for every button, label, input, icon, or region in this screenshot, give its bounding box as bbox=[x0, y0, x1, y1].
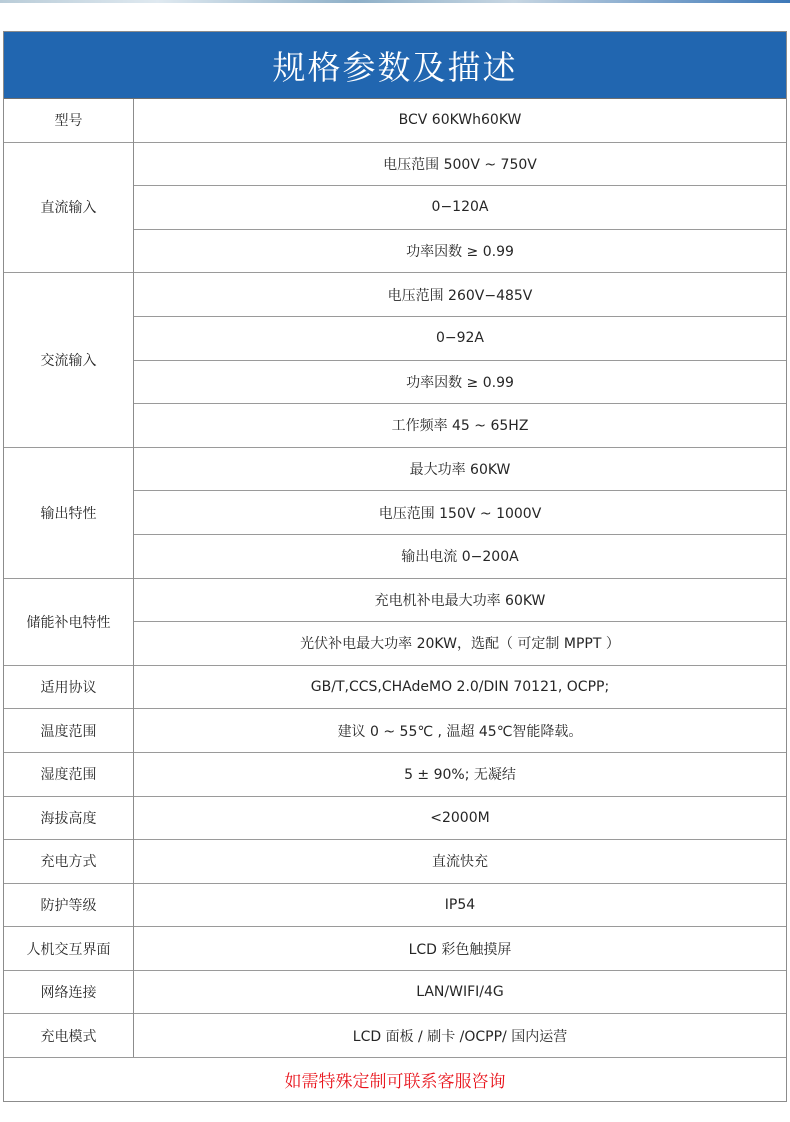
row-label: 充电模式 bbox=[4, 1014, 134, 1057]
row-value: 功率因数 ≥ 0.99 bbox=[134, 360, 787, 404]
row-label: 温度范围 bbox=[4, 709, 134, 753]
table-row-dc-input: 直流输入 电压范围 500V ~ 750V bbox=[4, 142, 786, 186]
row-label: 交流输入 bbox=[4, 273, 134, 447]
row-value: 电压范围 150V ~ 1000V bbox=[134, 491, 787, 535]
table-row-hmi: 人机交互界面 LCD 彩色触摸屏 bbox=[4, 927, 786, 971]
table-row-model: 型号 BCV 60KWh60KW bbox=[4, 99, 786, 142]
row-label: 储能补电特性 bbox=[4, 578, 134, 665]
table-row-network: 网络连接 LAN/WIFI/4G bbox=[4, 970, 786, 1014]
row-value: 0−92A bbox=[134, 316, 787, 360]
top-banner-strip bbox=[0, 0, 790, 3]
table-row-protocol: 适用协议 GB/T,CCS,CHAdeMO 2.0/DIN 70121, OCP… bbox=[4, 665, 786, 709]
row-label: 人机交互界面 bbox=[4, 927, 134, 971]
row-label: 湿度范围 bbox=[4, 752, 134, 796]
table-row-temperature: 温度范围 建议 0 ~ 55℃ , 温超 45℃智能降载。 bbox=[4, 709, 786, 753]
row-value: 5 ± 90%; 无凝结 bbox=[134, 752, 787, 796]
page-title: 规格参数及描述 bbox=[4, 32, 786, 99]
row-label: 防护等级 bbox=[4, 883, 134, 927]
row-value: 0−120A bbox=[134, 186, 787, 230]
row-value: 输出电流 0−200A bbox=[134, 534, 787, 578]
table-row-charge-method: 充电方式 直流快充 bbox=[4, 840, 786, 884]
customization-note: 如需特殊定制可联系客服咨询 bbox=[4, 1057, 786, 1101]
row-value: 电压范围 260V−485V bbox=[134, 273, 787, 317]
row-value: 工作频率 45 ~ 65HZ bbox=[134, 404, 787, 448]
row-value: LAN/WIFI/4G bbox=[134, 970, 787, 1014]
row-value: 直流快充 bbox=[134, 840, 787, 884]
row-value: <2000M bbox=[134, 796, 787, 840]
row-value: 建议 0 ~ 55℃ , 温超 45℃智能降载。 bbox=[134, 709, 787, 753]
table-row-ac-input: 交流输入 电压范围 260V−485V bbox=[4, 273, 786, 317]
table-row-output: 输出特性 最大功率 60KW bbox=[4, 447, 786, 491]
table-row-protection: 防护等级 IP54 bbox=[4, 883, 786, 927]
table-row-storage: 储能补电特性 充电机补电最大功率 60KW bbox=[4, 578, 786, 622]
row-value: 电压范围 500V ~ 750V bbox=[134, 142, 787, 186]
spec-sheet: 规格参数及描述 型号 BCV 60KWh60KW 直流输入 电压范围 500V … bbox=[3, 31, 787, 1102]
row-value: 光伏补电最大功率 20KW，选配（ 可定制 MPPT ） bbox=[134, 622, 787, 666]
spec-table: 型号 BCV 60KWh60KW 直流输入 电压范围 500V ~ 750V 0… bbox=[4, 99, 786, 1057]
row-label: 网络连接 bbox=[4, 970, 134, 1014]
table-row-altitude: 海拔高度 <2000M bbox=[4, 796, 786, 840]
row-label: 输出特性 bbox=[4, 447, 134, 578]
row-label: 适用协议 bbox=[4, 665, 134, 709]
row-value: 功率因数 ≥ 0.99 bbox=[134, 229, 787, 273]
row-value: IP54 bbox=[134, 883, 787, 927]
row-value: BCV 60KWh60KW bbox=[134, 99, 787, 142]
row-label: 型号 bbox=[4, 99, 134, 142]
row-label: 充电方式 bbox=[4, 840, 134, 884]
row-value: LCD 彩色触摸屏 bbox=[134, 927, 787, 971]
row-label: 海拔高度 bbox=[4, 796, 134, 840]
row-label: 直流输入 bbox=[4, 142, 134, 273]
row-value: 最大功率 60KW bbox=[134, 447, 787, 491]
table-row-charge-mode: 充电模式 LCD 面板 / 刷卡 /OCPP/ 国内运营 bbox=[4, 1014, 786, 1057]
table-row-humidity: 湿度范围 5 ± 90%; 无凝结 bbox=[4, 752, 786, 796]
row-value: LCD 面板 / 刷卡 /OCPP/ 国内运营 bbox=[134, 1014, 787, 1057]
row-value: 充电机补电最大功率 60KW bbox=[134, 578, 787, 622]
row-value: GB/T,CCS,CHAdeMO 2.0/DIN 70121, OCPP; bbox=[134, 665, 787, 709]
